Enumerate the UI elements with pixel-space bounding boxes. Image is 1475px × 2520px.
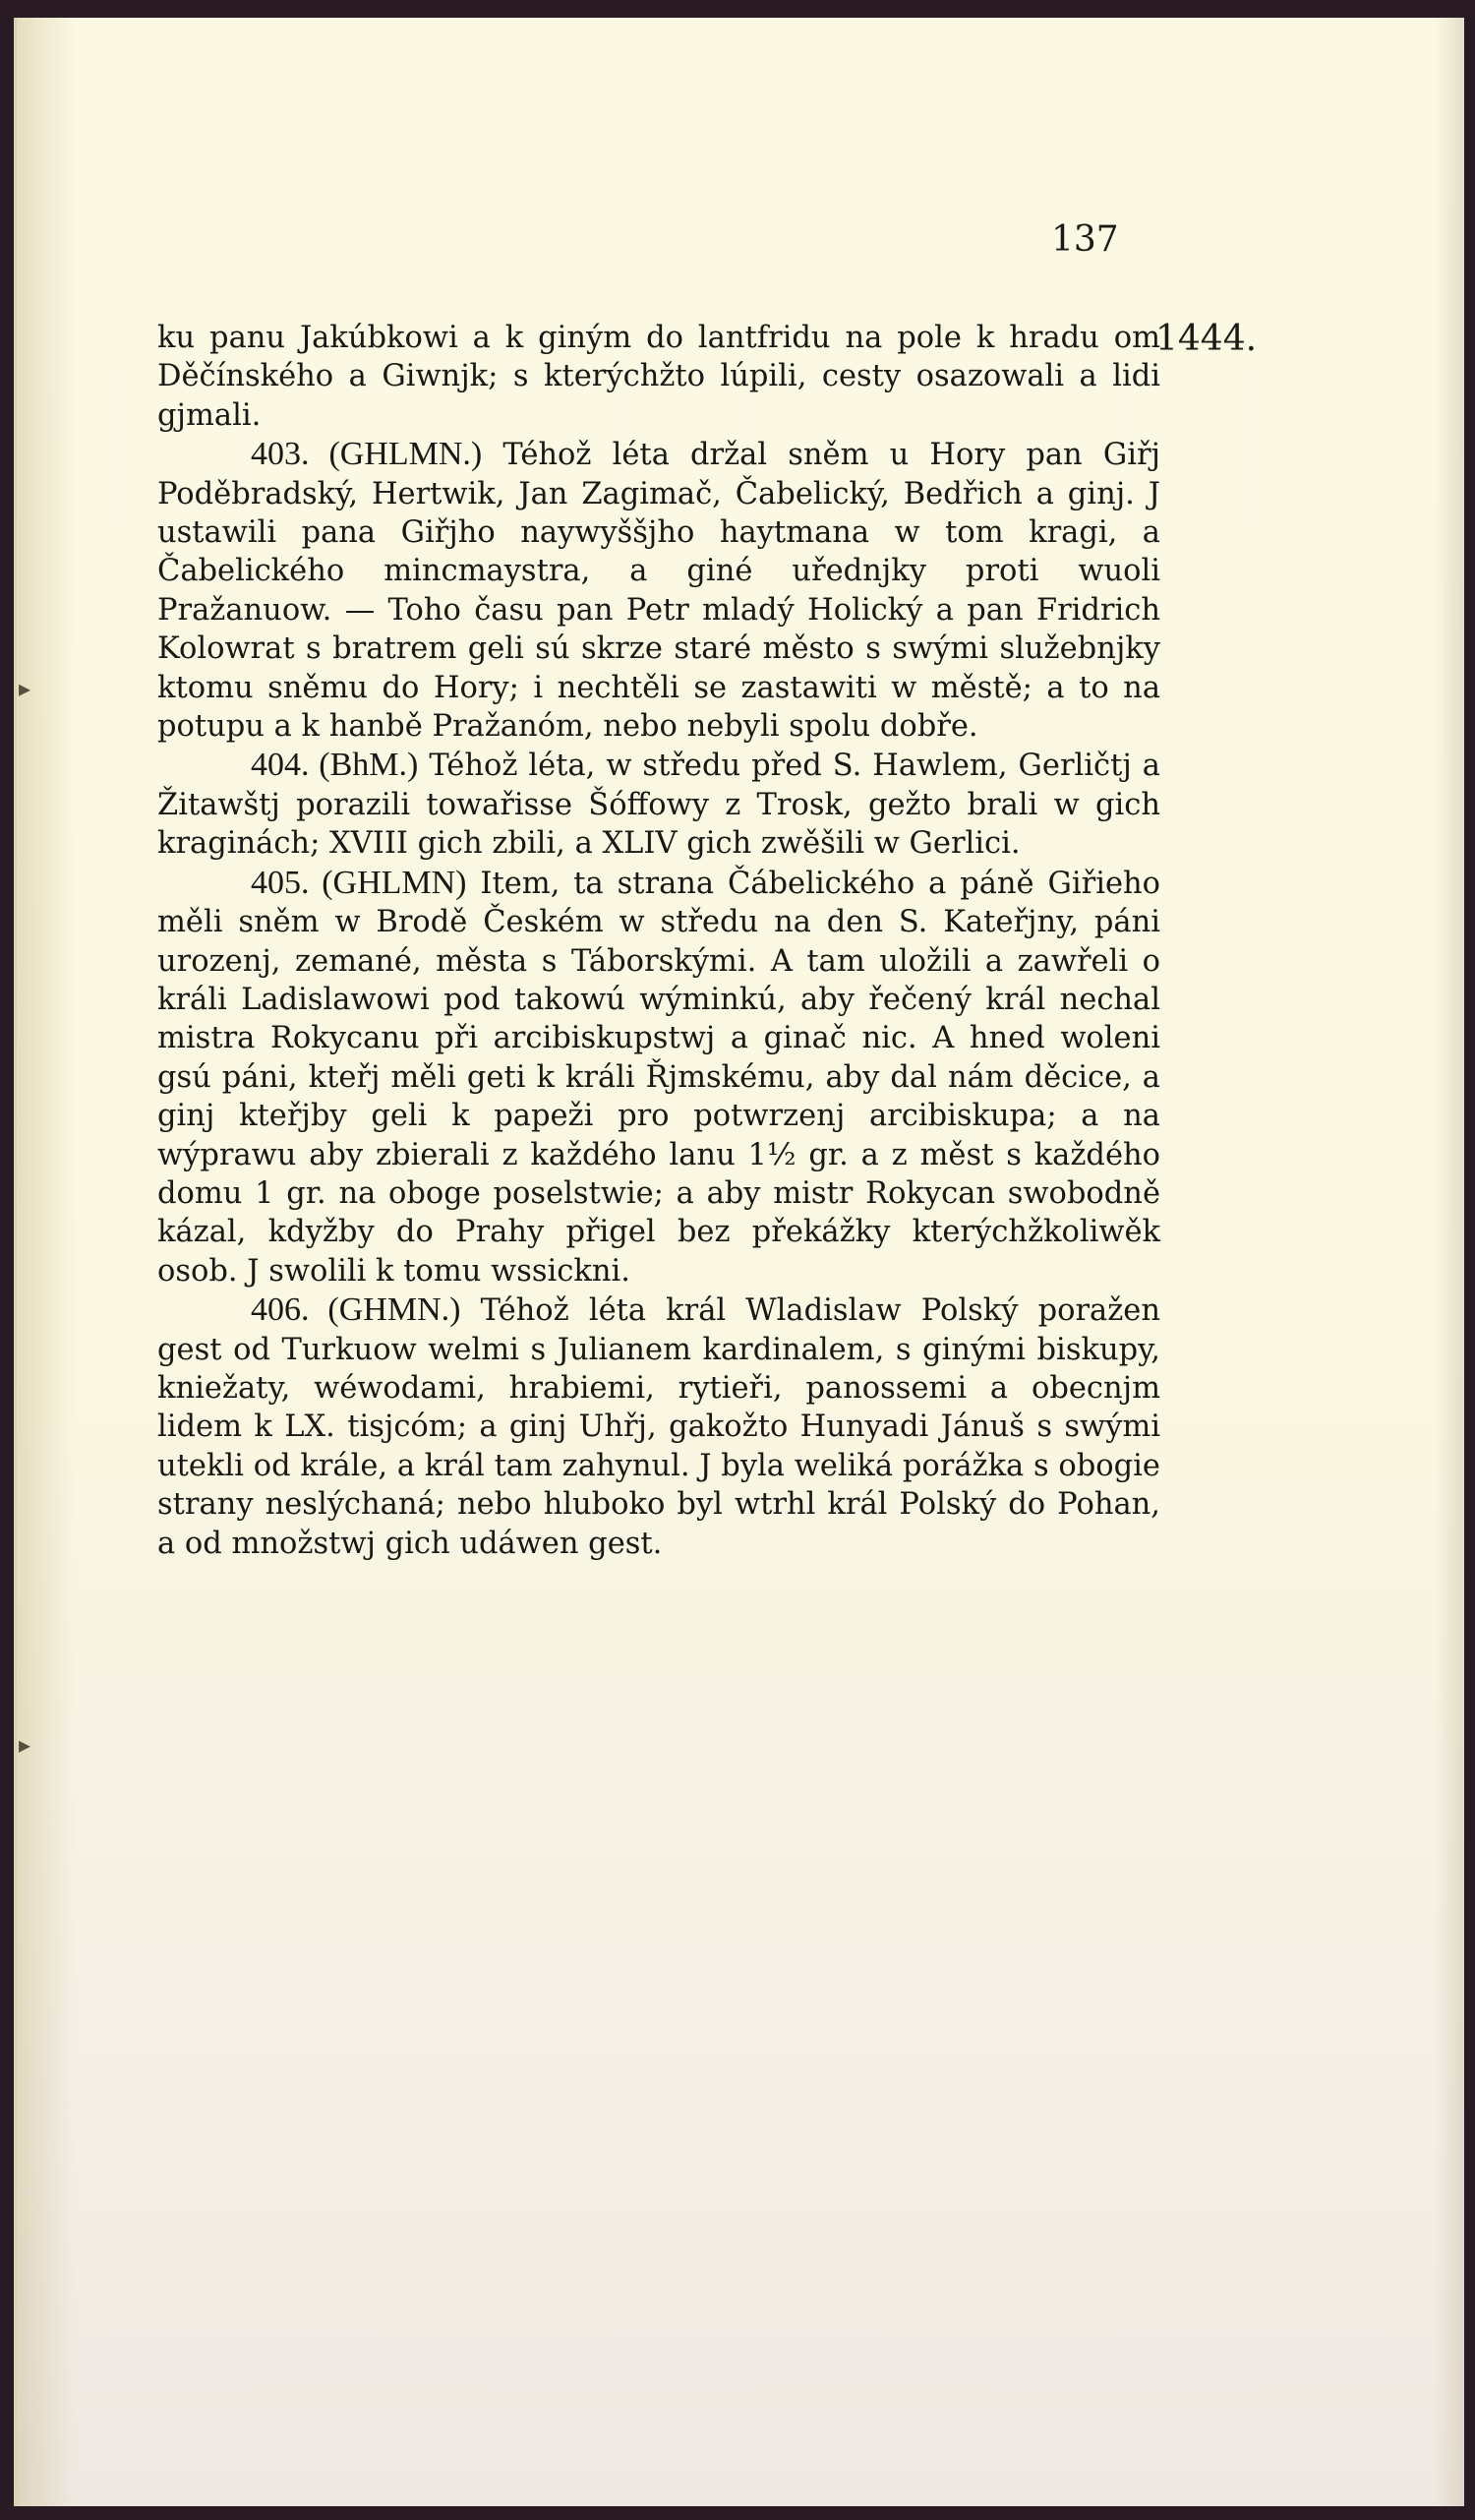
entry-number: 405. (GHLMN)	[251, 865, 467, 901]
page-number: 137	[1051, 219, 1119, 260]
paragraph-text: Téhož léta král Wladislaw Polský poražen…	[157, 1293, 1160, 1560]
paragraph-continuation: ku panu Jakúbkowi a k giným do lantfridu…	[157, 319, 1160, 435]
page-body-text: ku panu Jakúbkowi a k giným do lantfridu…	[157, 319, 1160, 1563]
paragraph-entry-406: 406. (GHMN.) Téhož léta král Wladislaw P…	[157, 1290, 1160, 1563]
entry-number: 403. (GHLMN.)	[251, 436, 482, 472]
margin-arrow-mark-icon: ▸	[19, 675, 30, 702]
paragraph-entry-403: 403. (GHLMN.) Téhož léta držal sněm u Ho…	[157, 435, 1160, 746]
paragraph-text: Téhož léta držal sněm u Hory pan Giřj Po…	[157, 438, 1160, 744]
paragraph-text: ku panu Jakúbkowi a k giným do lantfridu…	[157, 321, 1160, 433]
entry-number: 404. (BhM.)	[251, 747, 418, 783]
paragraph-entry-404: 404. (BhM.) Téhož léta, w středu před S.…	[157, 746, 1160, 863]
margin-arrow-mark-icon: ▸	[19, 1731, 30, 1759]
paragraph-text: Item, ta strana Čábelického a páně Giřie…	[157, 867, 1160, 1289]
paragraph-entry-405: 405. (GHLMN) Item, ta strana Čábelického…	[157, 864, 1160, 1290]
book-page: 137 1444. ku panu Jakúbkowi a k giným do…	[14, 18, 1464, 2506]
margin-year-note: 1444.	[1155, 319, 1257, 359]
entry-number: 406. (GHMN.)	[251, 1291, 460, 1328]
